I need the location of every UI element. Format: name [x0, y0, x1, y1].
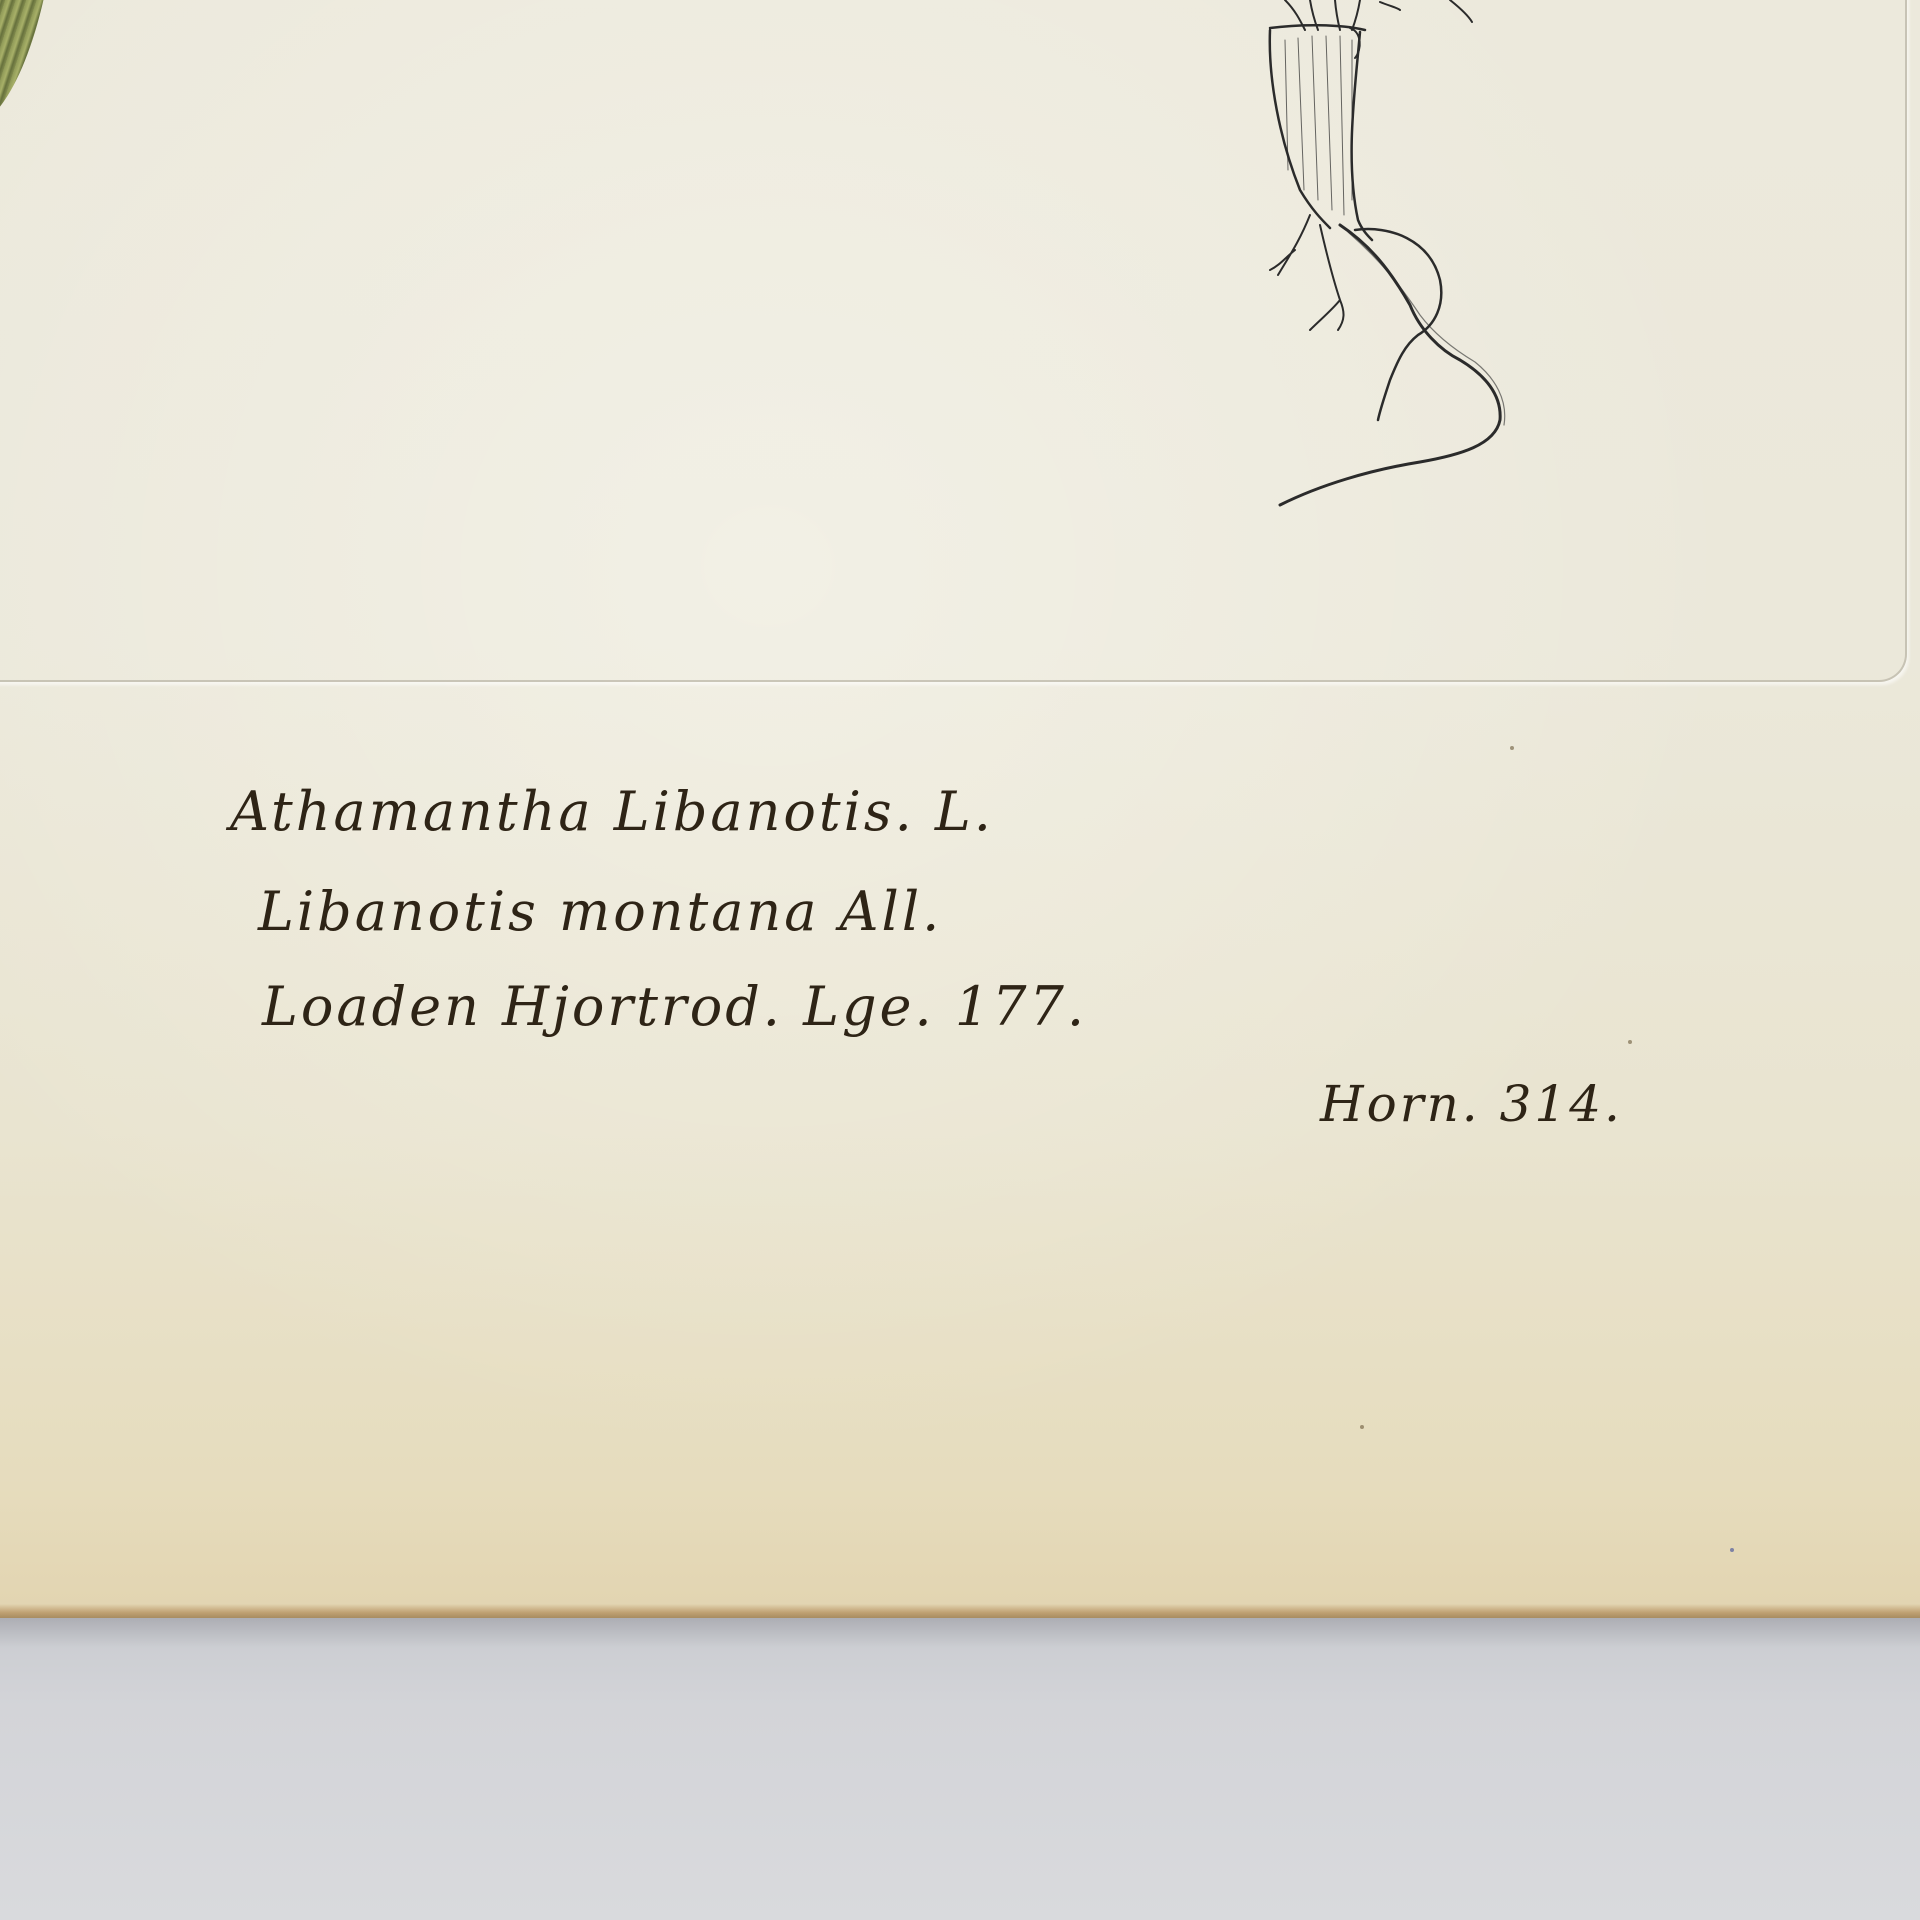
engraved-root-icon: [1240, 0, 1660, 560]
ink-speck: [1360, 1425, 1364, 1429]
inscription-species-linnaeus: Athamantha Libanotis. L.: [230, 780, 994, 843]
photo-scene: Athamantha Libanotis. L. Libanotis monta…: [0, 0, 1920, 1920]
inscription-reference-horn: Horn. 314.: [1320, 1075, 1623, 1133]
foxed-paper-edge: [0, 1604, 1920, 1618]
ink-speck: [1628, 1040, 1632, 1044]
inscription-species-allioni: Libanotis montana All.: [258, 880, 942, 943]
ink-speck: [1510, 746, 1514, 750]
ink-speck: [1730, 1548, 1734, 1552]
paper-sheet: Athamantha Libanotis. L. Libanotis monta…: [0, 0, 1920, 1618]
sheet-shadow: [0, 1618, 1920, 1648]
inscription-common-name-lange: Loaden Hjortrod. Lge. 177.: [262, 975, 1087, 1038]
background-surface: [0, 1615, 1920, 1920]
